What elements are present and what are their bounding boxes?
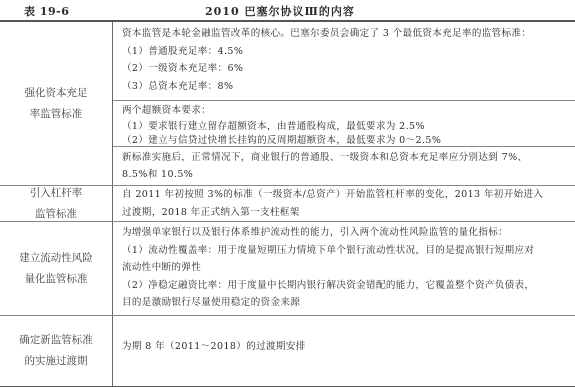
leverage-block: 自 2011 年初按照 3%的标准（一级资本/总资产）开始监管杠杆率的变化，20… xyxy=(113,186,575,222)
content-line: 资本监管是本轮金融监管改革的核心。巴塞尔委员会确定了 3 个最低资本充足率的监管… xyxy=(122,25,567,43)
content-line: 为增强单家银行以及银行体系维护流动性的能力，引入两个流动性风险监管的量化指标： xyxy=(122,224,567,242)
content-line: （1）要求银行建立留存超额资本，由普通股构成，最低要求为 2.5% xyxy=(122,120,567,134)
content-line: 新标准实施后，正常情况下，商业银行的普通股、一级资本和总资本充足率应分别达到 7… xyxy=(122,149,567,167)
content-line: （2）建立与信贷过快增长挂钩的反周期超额资本，最低要求为 0～2.5% xyxy=(122,134,567,147)
content-line: 两个超额资本要求： xyxy=(122,102,567,120)
content-line: （2）一级资本充足率：6% xyxy=(122,60,567,78)
content-line: （1）普通股充足率：4.5% xyxy=(122,43,567,61)
row-category: 确定新监管标准 的实施过渡期 xyxy=(0,316,113,386)
table-row-transition-period: 确定新监管标准 的实施过渡期 为期 8 年（2011～2018）的过渡期安排 xyxy=(0,316,575,386)
content-line: 流动性中断的弹性 xyxy=(122,259,567,277)
row-category: 建立流动性风险 量化监管标准 xyxy=(0,222,113,315)
liquidity-block: 为增强单家银行以及银行体系维护流动性的能力，引入两个流动性风险监管的量化指标： … xyxy=(113,222,575,315)
basel-iii-table: 强化资本充足 率监管标准 资本监管是本轮金融监管改革的核心。巴塞尔委员会确定了 … xyxy=(0,20,575,387)
table-row-leverage-ratio: 引入杠杆率 监管标准 自 2011 年初按照 3%的标准（一级资本/总资产）开始… xyxy=(0,186,575,222)
excess-capital-block: 两个超额资本要求： （1）要求银行建立留存超额资本，由普通股构成，最低要求为 2… xyxy=(113,101,575,147)
table-caption: 表 19-6 2010 巴塞尔协议Ⅲ的内容 xyxy=(0,2,575,18)
content-line: 自 2011 年初按照 3%的标准（一级资本/总资产）开始监管杠杆率的变化，20… xyxy=(122,186,567,204)
category-line: 的实施过渡期 xyxy=(19,351,93,372)
content-line: （2）净稳定融资比率：用于度量中长期内银行解决资金错配的能力，它覆盖整个资产负债… xyxy=(122,277,567,295)
table-title: 2010 巴塞尔协议Ⅲ的内容 xyxy=(205,3,355,19)
content-line: 8.5%和 10.5% xyxy=(122,167,567,182)
category-line: 率监管标准 xyxy=(25,104,88,125)
row-category: 强化资本充足 率监管标准 xyxy=(0,22,113,185)
category-line: 建立流动性风险 xyxy=(19,248,93,269)
category-line: 确定新监管标准 xyxy=(19,330,93,351)
category-line: 量化监管标准 xyxy=(19,269,93,290)
content-line: （3）总资本充足率：8% xyxy=(122,78,567,96)
table-number: 表 19-6 xyxy=(24,3,69,19)
content-line: 为期 8 年（2011～2018）的过渡期安排 xyxy=(122,338,306,356)
transition-block: 为期 8 年（2011～2018）的过渡期安排 xyxy=(113,316,575,386)
target-ratios-block: 新标准实施后，正常情况下，商业银行的普通股、一级资本和总资本充足率应分别达到 7… xyxy=(113,147,575,185)
content-line: （1）流动性覆盖率：用于度量短期压力情境下单个银行流动性状况，目的是提高银行短期… xyxy=(122,242,567,260)
table-row-capital-adequacy: 强化资本充足 率监管标准 资本监管是本轮金融监管改革的核心。巴塞尔委员会确定了 … xyxy=(0,22,575,186)
content-line: 过渡期，2018 年正式纳入第一支柱框架 xyxy=(122,204,567,222)
row-category: 引入杠杆率 监管标准 xyxy=(0,186,113,221)
row-content: 资本监管是本轮金融监管改革的核心。巴塞尔委员会确定了 3 个最低资本充足率的监管… xyxy=(113,22,575,185)
category-line: 引入杠杆率 xyxy=(30,183,83,204)
row-content: 自 2011 年初按照 3%的标准（一级资本/总资产）开始监管杠杆率的变化，20… xyxy=(113,186,575,221)
category-line: 强化资本充足 xyxy=(25,83,88,104)
table-row-liquidity-risk: 建立流动性风险 量化监管标准 为增强单家银行以及银行体系维护流动性的能力，引入两… xyxy=(0,222,575,316)
content-line: 目的是激励银行尽量使用稳定的资金来源 xyxy=(122,294,567,312)
minimum-capital-ratios-block: 资本监管是本轮金融监管改革的核心。巴塞尔委员会确定了 3 个最低资本充足率的监管… xyxy=(113,22,575,101)
row-content: 为增强单家银行以及银行体系维护流动性的能力，引入两个流动性风险监管的量化指标： … xyxy=(113,222,575,315)
row-content: 为期 8 年（2011～2018）的过渡期安排 xyxy=(113,316,575,386)
